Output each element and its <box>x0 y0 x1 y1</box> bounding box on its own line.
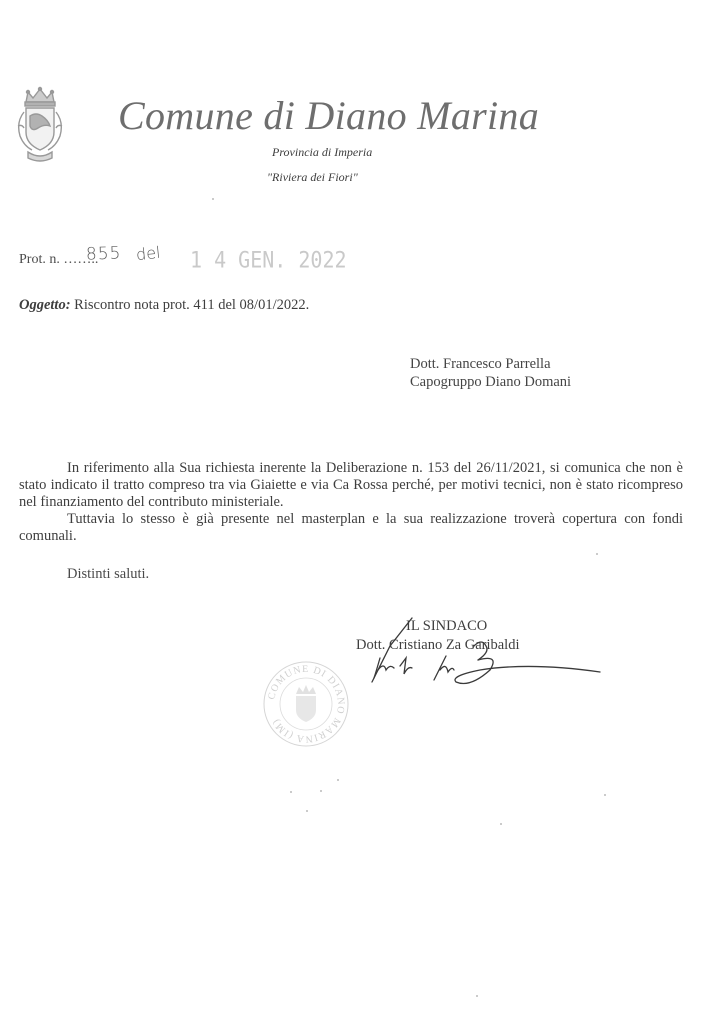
scan-speck <box>212 198 214 200</box>
body-paragraph-1: In riferimento alla Sua richiesta ineren… <box>19 460 683 511</box>
body-paragraph-2: Tuttavia lo stesso è già presente nel ma… <box>19 511 683 545</box>
protocol-number-handwritten: 855 <box>86 243 122 264</box>
province-line: Provincia di Imperia <box>272 145 372 160</box>
motto-line: "Riviera dei Fiori" <box>267 170 358 185</box>
scan-speck <box>604 794 606 796</box>
subject-label: Oggetto: <box>19 297 71 313</box>
protocol-label: Prot. n. <box>19 252 60 267</box>
recipient-name: Dott. Francesco Parrella <box>410 355 571 373</box>
scan-speck <box>476 995 478 997</box>
letter-body: In riferimento alla Sua richiesta ineren… <box>19 460 683 545</box>
protocol-del-handwritten: del <box>135 243 161 264</box>
scan-speck <box>306 810 308 812</box>
official-seal-icon: COMUNE DI DIANO MARINA (IM) <box>262 660 350 748</box>
scan-speck <box>337 779 339 781</box>
recipient-block: Dott. Francesco Parrella Capogruppo Dian… <box>410 355 571 391</box>
scan-speck <box>500 823 502 825</box>
subject-text: Riscontro nota prot. 411 del 08/01/2022. <box>71 297 310 313</box>
scan-speck <box>596 553 598 555</box>
recipient-role: Capogruppo Diano Domani <box>410 373 571 391</box>
scan-speck <box>290 791 292 793</box>
subject-line: Oggetto: Riscontro nota prot. 411 del 08… <box>19 297 309 314</box>
scan-speck <box>320 790 322 792</box>
closing-line: Distinti saluti. <box>67 566 149 583</box>
handwritten-signature-icon <box>350 612 610 692</box>
date-stamp: 1 4 GEN. 2022 <box>190 247 347 273</box>
municipality-title: Comune di Diano Marina <box>118 94 539 138</box>
coat-of-arms-icon <box>14 86 66 164</box>
